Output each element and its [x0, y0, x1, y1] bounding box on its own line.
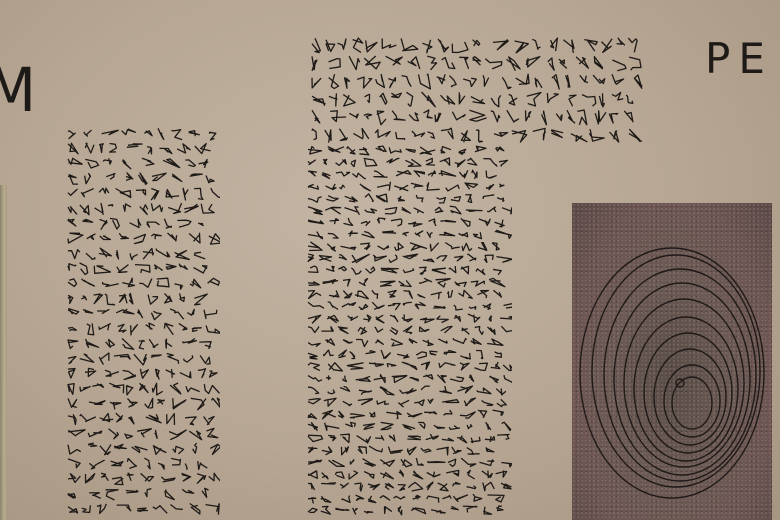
top-asemic-block — [310, 32, 646, 144]
wide-asemic-column — [306, 140, 512, 520]
concentric-ellipse-etching — [572, 203, 772, 520]
asemic-glyphs-wide — [306, 140, 512, 520]
narrow-asemic-column — [66, 122, 220, 520]
wall-title-left-fragment: M — [0, 54, 36, 125]
ellipse-lines — [572, 203, 772, 520]
asemic-glyphs-narrow — [66, 122, 220, 520]
asemic-glyphs-top — [310, 32, 646, 144]
adjacent-artwork-edge — [0, 185, 7, 520]
wall-title-right-fragment: PE — [705, 34, 773, 83]
